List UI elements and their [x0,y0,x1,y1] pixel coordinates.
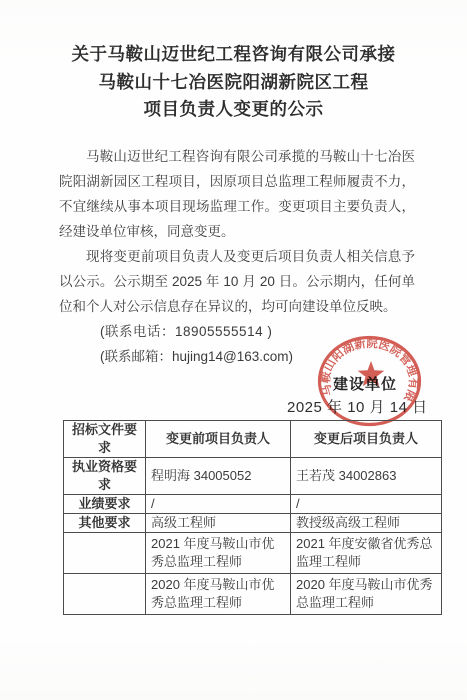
cell-after: 教授级高级工程师 [291,514,442,533]
body-paragraph-2: 现将变更前项目负责人及变更后项目负责人相关信息予以公示。公示期至 2025 年 … [59,244,415,319]
table-row-performance: 业绩要求 / / [64,495,442,514]
cell-after: 王若茂 34002863 [291,458,442,495]
builder-unit-label: 建设单位 [333,373,397,394]
cell-after: 2020 年度马鞍山市优秀总监理工程师 [291,574,442,615]
table-header-row: 招标文件要求 变更前项目负责人 变更后项目负责人 [64,421,442,458]
cell-before: / [146,495,291,514]
table-row-award-2021: 2021 年度马鞍山市优秀总监理工程师 2021 年度安徽省优秀总监理工程师 [64,533,442,574]
cell-after: / [291,495,442,514]
row-label [64,574,146,615]
title-line-3: 项目负责人变更的公示 [0,96,467,124]
table-row-qualification: 执业资格要求 程明海 34005052 王若茂 34002863 [64,458,442,495]
document-title: 关于马鞍山迈世纪工程咨询有限公司承接 马鞍山十七冶医院阳湖新院区工程 项目负责人… [0,41,467,124]
announcement-document: 关于马鞍山迈世纪工程咨询有限公司承接 马鞍山十七冶医院阳湖新院区工程 项目负责人… [0,0,467,700]
cell-before: 2021 年度马鞍山市优秀总监理工程师 [146,533,291,574]
responsible-person-table: 招标文件要求 变更前项目负责人 变更后项目负责人 执业资格要求 程明海 3400… [63,420,442,615]
signature-date: 2025 年 10 月 14 日 [287,396,428,417]
cell-before: 程明海 34005052 [146,458,291,495]
title-line-1: 关于马鞍山迈世纪工程咨询有限公司承接 [0,41,467,69]
contact-email-line: (联系邮箱：hujing14@163.com) [100,344,293,369]
header-after-change: 变更后项目负责人 [291,421,442,458]
body-paragraph-1: 马鞍山迈世纪工程咨询有限公司承揽的马鞍山十七冶医院阳湖新园区工程项目，因原项目总… [59,144,415,244]
cell-after: 2021 年度安徽省优秀总监理工程师 [291,533,442,574]
cell-before: 2020 年度马鞍山市优秀总监理工程师 [146,574,291,615]
cell-before: 高级工程师 [146,514,291,533]
header-bid-requirement: 招标文件要求 [64,421,146,458]
row-label: 执业资格要求 [64,458,146,495]
table-row-award-2020: 2020 年度马鞍山市优秀总监理工程师 2020 年度马鞍山市优秀总监理工程师 [64,574,442,615]
row-label [64,533,146,574]
header-before-change: 变更前项目负责人 [146,421,291,458]
row-label: 其他要求 [64,514,146,533]
table-row-other: 其他要求 高级工程师 教授级高级工程师 [64,514,442,533]
row-label: 业绩要求 [64,495,146,514]
title-line-2: 马鞍山十七冶医院阳湖新院区工程 [0,69,467,97]
contact-phone-line: (联系电话：18905555514 ) [100,319,272,344]
